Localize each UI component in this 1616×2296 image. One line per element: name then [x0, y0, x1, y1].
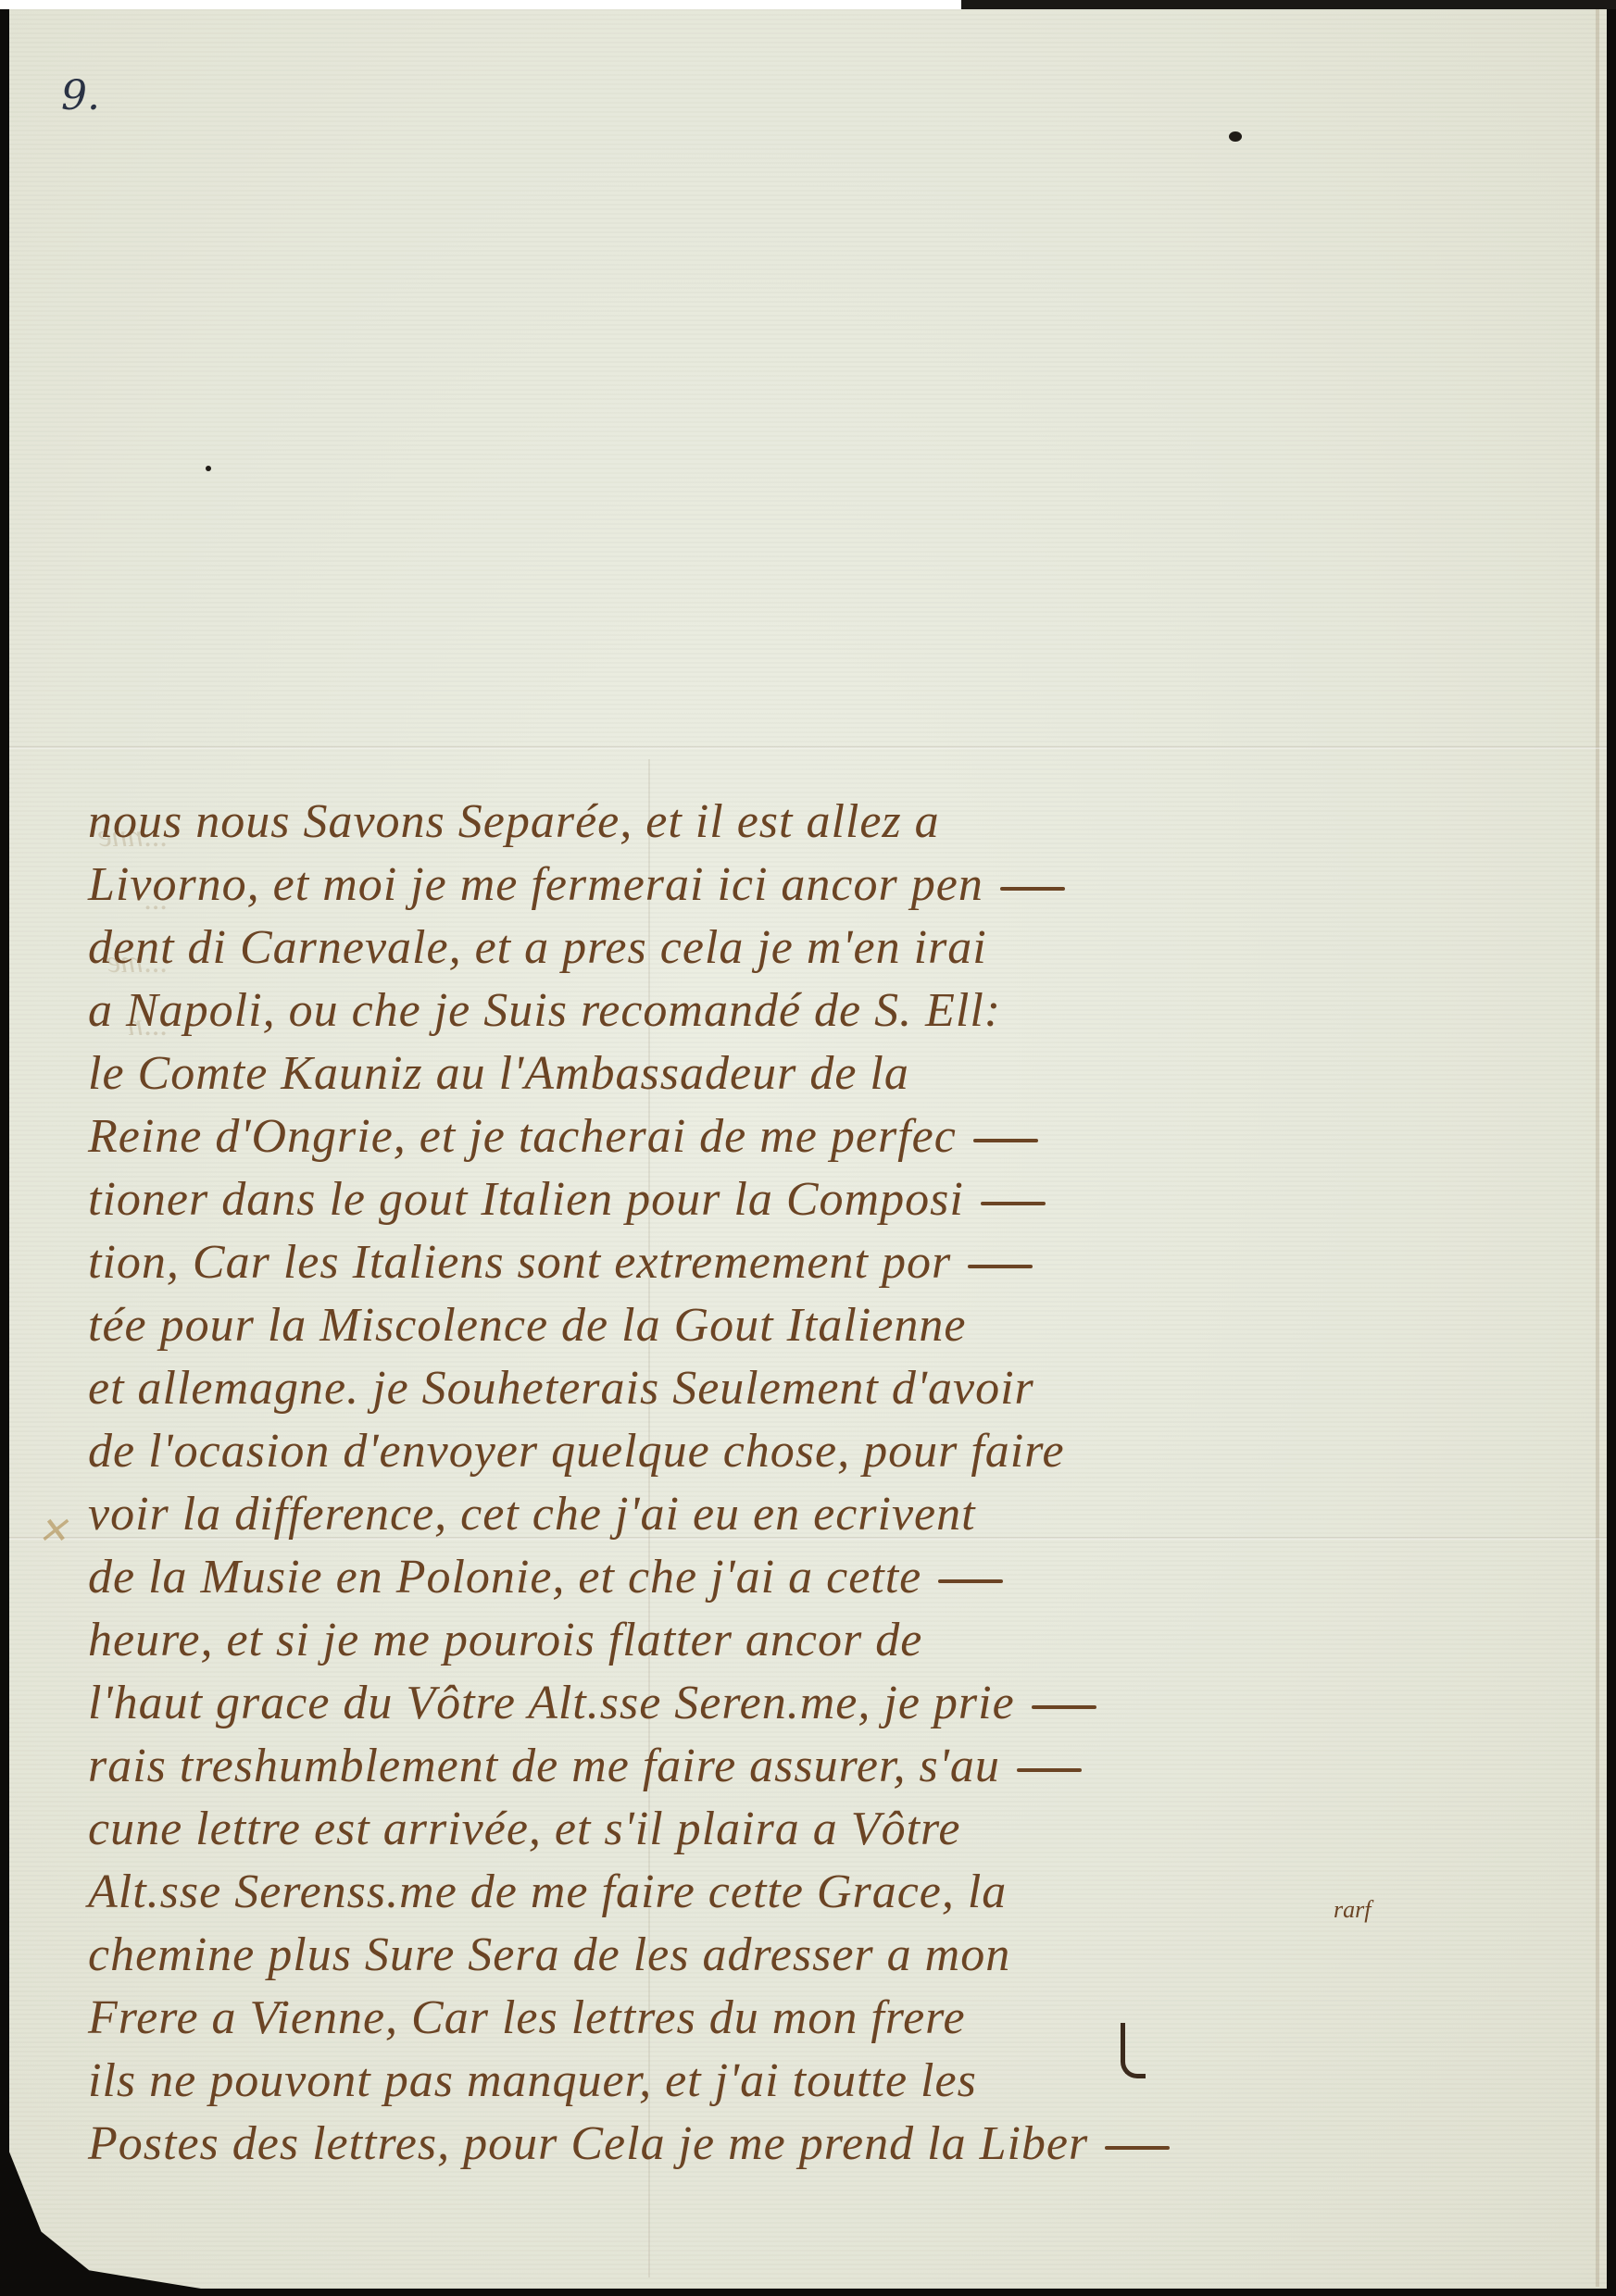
text-line: Alt.sse Serenss.me de me faire cette Gra… [88, 1865, 1547, 1928]
interlinear-insertion: rarf [1334, 1896, 1371, 1924]
text-line: Postes des lettres, pour Cela je me pren… [88, 2116, 1547, 2179]
line-continuation-dash [1000, 887, 1065, 891]
scan-top-border [0, 0, 1616, 9]
text-line: cune lettre est arrivée, et s'il plaira … [88, 1802, 1547, 1865]
text-line: rais treshumblement de me faire assurer,… [88, 1739, 1547, 1802]
text-line: dent di Carnevale, et a pres cela je m'e… [88, 920, 1547, 983]
text-line: de la Musie en Polonie, et che j'ai a ce… [88, 1550, 1547, 1613]
text-line: tioner dans le gout Italien pour la Comp… [88, 1172, 1547, 1235]
text-line: chemine plus Sure Sera de les adresser a… [88, 1928, 1547, 1990]
folio-number: 9. [61, 72, 100, 119]
text-line: Reine d'Ongrie, et je tacherai de me per… [88, 1109, 1547, 1172]
text-line: tée pour la Miscolence de la Gout Italie… [88, 1298, 1547, 1361]
text-line: l'haut grace du Vôtre Alt.sse Seren.me, … [88, 1676, 1547, 1739]
line-continuation-dash [968, 1265, 1033, 1268]
text-line: a Napoli, ou che je Suis recomandé de S.… [88, 983, 1547, 1046]
text-line: Frere a Vienne, Car les lettres du mon f… [88, 1990, 1547, 2053]
line-continuation-dash [1017, 1768, 1082, 1772]
descender-flourish [1121, 2023, 1146, 2078]
margin-cross-mark: ✕ [37, 1509, 69, 1553]
text-line: Livorno, et moi je me fermerai ici ancor… [88, 857, 1547, 920]
paper-right-edge [1596, 9, 1599, 2287]
fold-crease-horizontal [9, 746, 1607, 749]
line-continuation-dash [1105, 2146, 1170, 2150]
text-line: de l'ocasion d'envoyer quelque chose, po… [88, 1424, 1547, 1487]
text-line: tion, Car les Italiens sont extremement … [88, 1235, 1547, 1298]
text-line: heure, et si je me pourois flatter ancor… [88, 1613, 1547, 1676]
letter-body: nous nous Savons Separée, et il est alle… [88, 794, 1547, 2179]
text-line: et allemagne. je Souheterais Seulement d… [88, 1361, 1547, 1424]
ink-blot [1229, 131, 1242, 142]
text-line: ils ne pouvont pas manquer, et j'ai tout… [88, 2053, 1547, 2116]
line-continuation-dash [938, 1579, 1003, 1583]
text-line: le Comte Kauniz au l'Ambassadeur de la [88, 1046, 1547, 1109]
line-continuation-dash [973, 1139, 1038, 1142]
line-continuation-dash [981, 1202, 1046, 1205]
text-line: nous nous Savons Separée, et il est alle… [88, 794, 1547, 857]
text-line: voir la difference, cet che j'ai eu en e… [88, 1487, 1547, 1550]
line-continuation-dash [1032, 1705, 1096, 1709]
ink-dot [206, 466, 211, 471]
